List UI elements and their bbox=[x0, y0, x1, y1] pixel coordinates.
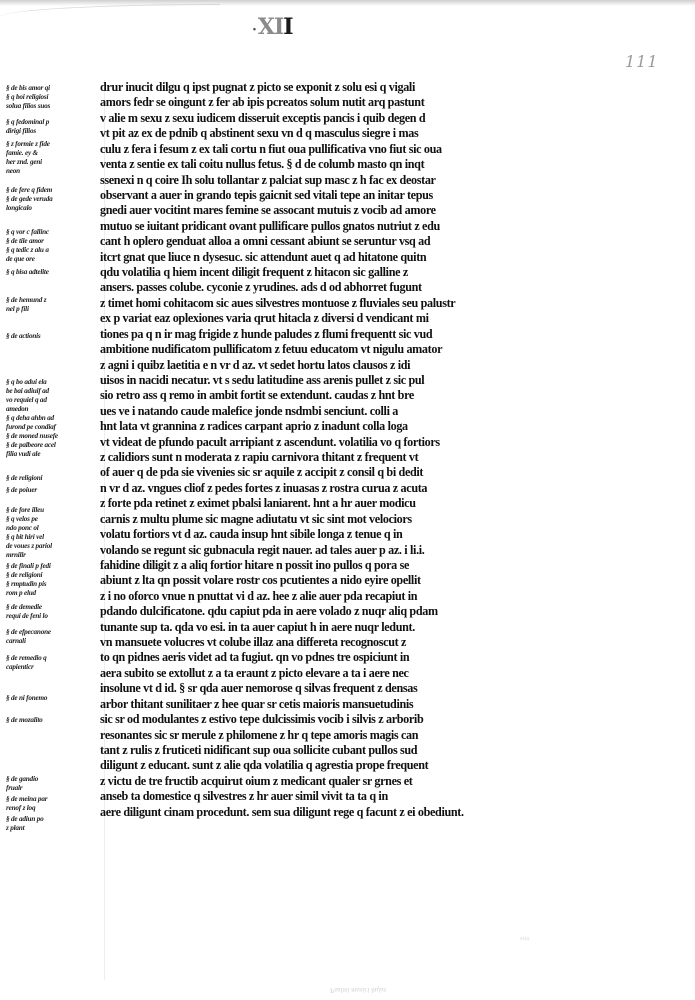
text-line: of auer q de pda sie vivenies sic sr aqu… bbox=[100, 465, 578, 480]
text-line: cant h oplero genduat alloa a omni cessa… bbox=[100, 234, 578, 249]
text-line: aere diligunt cinam procedunt. sem sua d… bbox=[100, 805, 578, 820]
margin-gloss: § q fedominal p dirigi filios bbox=[6, 118, 104, 136]
margin-gloss: § q vor c fallinc § de tile amor § q ted… bbox=[6, 228, 104, 264]
text-line: gnedi auer vocitint mares femine se asso… bbox=[100, 203, 578, 218]
text-line: mutuo se iuitant pridicant ovant pullifi… bbox=[100, 219, 578, 234]
chapter-dot: · bbox=[252, 22, 256, 38]
margin-gloss: § de mozalito bbox=[6, 716, 104, 725]
margin-gloss: § de poiuer bbox=[6, 486, 104, 495]
margin-gloss: § de demedie requi de feni lo bbox=[6, 603, 104, 621]
margin-gloss: § de ni fonemo bbox=[6, 694, 104, 703]
margin-gloss: § z formie z fide famie. ey & her znd. g… bbox=[6, 140, 104, 176]
text-line: uisos in nacidi necatur. vt s sedu latit… bbox=[100, 373, 578, 388]
margin-gloss: § de finali p fedi § de religioni § rmpt… bbox=[6, 562, 104, 598]
text-line: itcrt gnat que liuce n dysesuc. sic atte… bbox=[100, 250, 578, 265]
text-line: z agni i quibz laetitia e n vr d az. vt … bbox=[100, 358, 578, 373]
text-line: diligunt z educant. sunt z alie qda vola… bbox=[100, 758, 578, 773]
folio-number: 111 bbox=[625, 52, 659, 71]
margin-gloss: § de adiun po z plant bbox=[6, 815, 104, 833]
chapter-roman: XI bbox=[258, 14, 283, 40]
text-line: volando se regunt sic gubnacula regit na… bbox=[100, 543, 578, 558]
text-line: tant z rulis z fruticeti nidificant sup … bbox=[100, 743, 578, 758]
text-line: sic sr od modulantes z estivo tepe dulci… bbox=[100, 712, 578, 727]
text-line: aera subito se extollut z a ta eraunt z … bbox=[100, 666, 578, 681]
text-line: ansers. passes colube. cyconie z yrudine… bbox=[100, 280, 578, 295]
text-line: tunante sup ta. qda vo esi. in ta auer c… bbox=[100, 620, 578, 635]
margin-gloss: § q bisa adtelite bbox=[6, 268, 104, 277]
text-line: z forte pda retinet z eximet pbalsi lani… bbox=[100, 496, 578, 511]
text-line: ssenexi n q coire Ih solu tollantar z pa… bbox=[100, 173, 578, 188]
margin-gloss: § de gandio frualr bbox=[6, 775, 104, 793]
text-line: resonantes sic sr merule z philomene z h… bbox=[100, 728, 578, 743]
text-line: fahidine diligit z a aliq fortior hitare… bbox=[100, 558, 578, 573]
margin-gloss: § de remedio q capienticr bbox=[6, 654, 104, 672]
text-line: amors fedr se oingunt z fer ab ipis pcre… bbox=[100, 95, 578, 110]
text-line: volatu fortiors vt d az. cauda insup hnt… bbox=[100, 527, 578, 542]
margin-gloss: § de hemund z nel p fili bbox=[6, 296, 104, 314]
chapter-number: ·XII bbox=[252, 14, 293, 40]
text-line: venta z sentie ex tali coitu nullus fetu… bbox=[100, 157, 578, 172]
text-line: observant a auer in grando tepis gaicnit… bbox=[100, 188, 578, 203]
text-line: z i no oforco vnue n pnuttat vi d az. he… bbox=[100, 589, 578, 604]
text-line: z timet homi cohitacom sic aues silvestr… bbox=[100, 296, 578, 311]
text-line: vn mansuete volucres vt colube illaz ana… bbox=[100, 635, 578, 650]
text-line: abiunt z lta qn possit volare rostr cos … bbox=[100, 573, 578, 588]
text-line: ambitione nudificatom pullificatom z fet… bbox=[100, 342, 578, 357]
bleed-through-note: Psalmi musici hujus bbox=[330, 986, 386, 994]
text-line: z calidiors sunt n moderata z rapiu carn… bbox=[100, 450, 578, 465]
text-line: tiones pa q n ir mag frigide z hunde pal… bbox=[100, 327, 578, 342]
text-line: pdando dulcificatone. qdu capiut pda in … bbox=[100, 604, 578, 619]
text-line: v alie m sexu z sexu iudicem disseruit e… bbox=[100, 111, 578, 126]
margin-gloss: § de actionis bbox=[6, 332, 104, 341]
text-line: sio retro ass q remo in ambit fortit se … bbox=[100, 388, 578, 403]
text-line: anseb ta domestice q silvestres z hr aue… bbox=[100, 789, 578, 804]
text-line: insolune vt d id. § sr qda auer nemorose… bbox=[100, 681, 578, 696]
text-line: drur inucit dilgu q ipst pugnat z picto … bbox=[100, 80, 578, 95]
text-line: hnt lata vt grannina z radices carpant a… bbox=[100, 419, 578, 434]
text-line: carnis z multu plume sic magne adiutatu … bbox=[100, 512, 578, 527]
text-line: n vr d az. vngues cliof z pedes fortes z… bbox=[100, 481, 578, 496]
margin-gloss: § de religioni bbox=[6, 474, 104, 483]
bleed-through-mark: sept bbox=[520, 935, 530, 941]
margin-gloss: § de bis amor qi § q boi religiosi solua… bbox=[6, 84, 104, 111]
text-line: to qn pidnes aeris videt ad ta fugiut. q… bbox=[100, 650, 578, 665]
margin-gloss: § de efpecanone carnali bbox=[6, 628, 104, 646]
margin-gloss: § de fere q fidem § de gede veruda longi… bbox=[6, 186, 104, 213]
text-line: qdu volatilia q hiem incent diligit freq… bbox=[100, 265, 578, 280]
text-line: ex p variat eaz oplexiones varia qrut hi… bbox=[100, 311, 578, 326]
text-line: arbor thitant sunilitaer z hee quar sr c… bbox=[100, 697, 578, 712]
margin-gloss: § q bo adui ela be bai adiuif ad vo requ… bbox=[6, 378, 104, 459]
text-line: culu z fera i fesum z ex tali cortu n fi… bbox=[100, 142, 578, 157]
text-line: vt pit az ex de pdnib q abstinent sexu v… bbox=[100, 126, 578, 141]
text-line: ues ve i natando caude malefice jonde ns… bbox=[100, 404, 578, 419]
chapter-roman-last: I bbox=[283, 14, 292, 40]
margin-gloss: § de meina par renof z loq bbox=[6, 795, 104, 813]
text-line: vt videat de pfundo pacult arripiant z a… bbox=[100, 435, 578, 450]
text-line: z victu de tre fructib acquirut oium z m… bbox=[100, 774, 578, 789]
margin-gloss: § de fore illeu § q velos pe ndo ponc ol… bbox=[6, 506, 104, 560]
